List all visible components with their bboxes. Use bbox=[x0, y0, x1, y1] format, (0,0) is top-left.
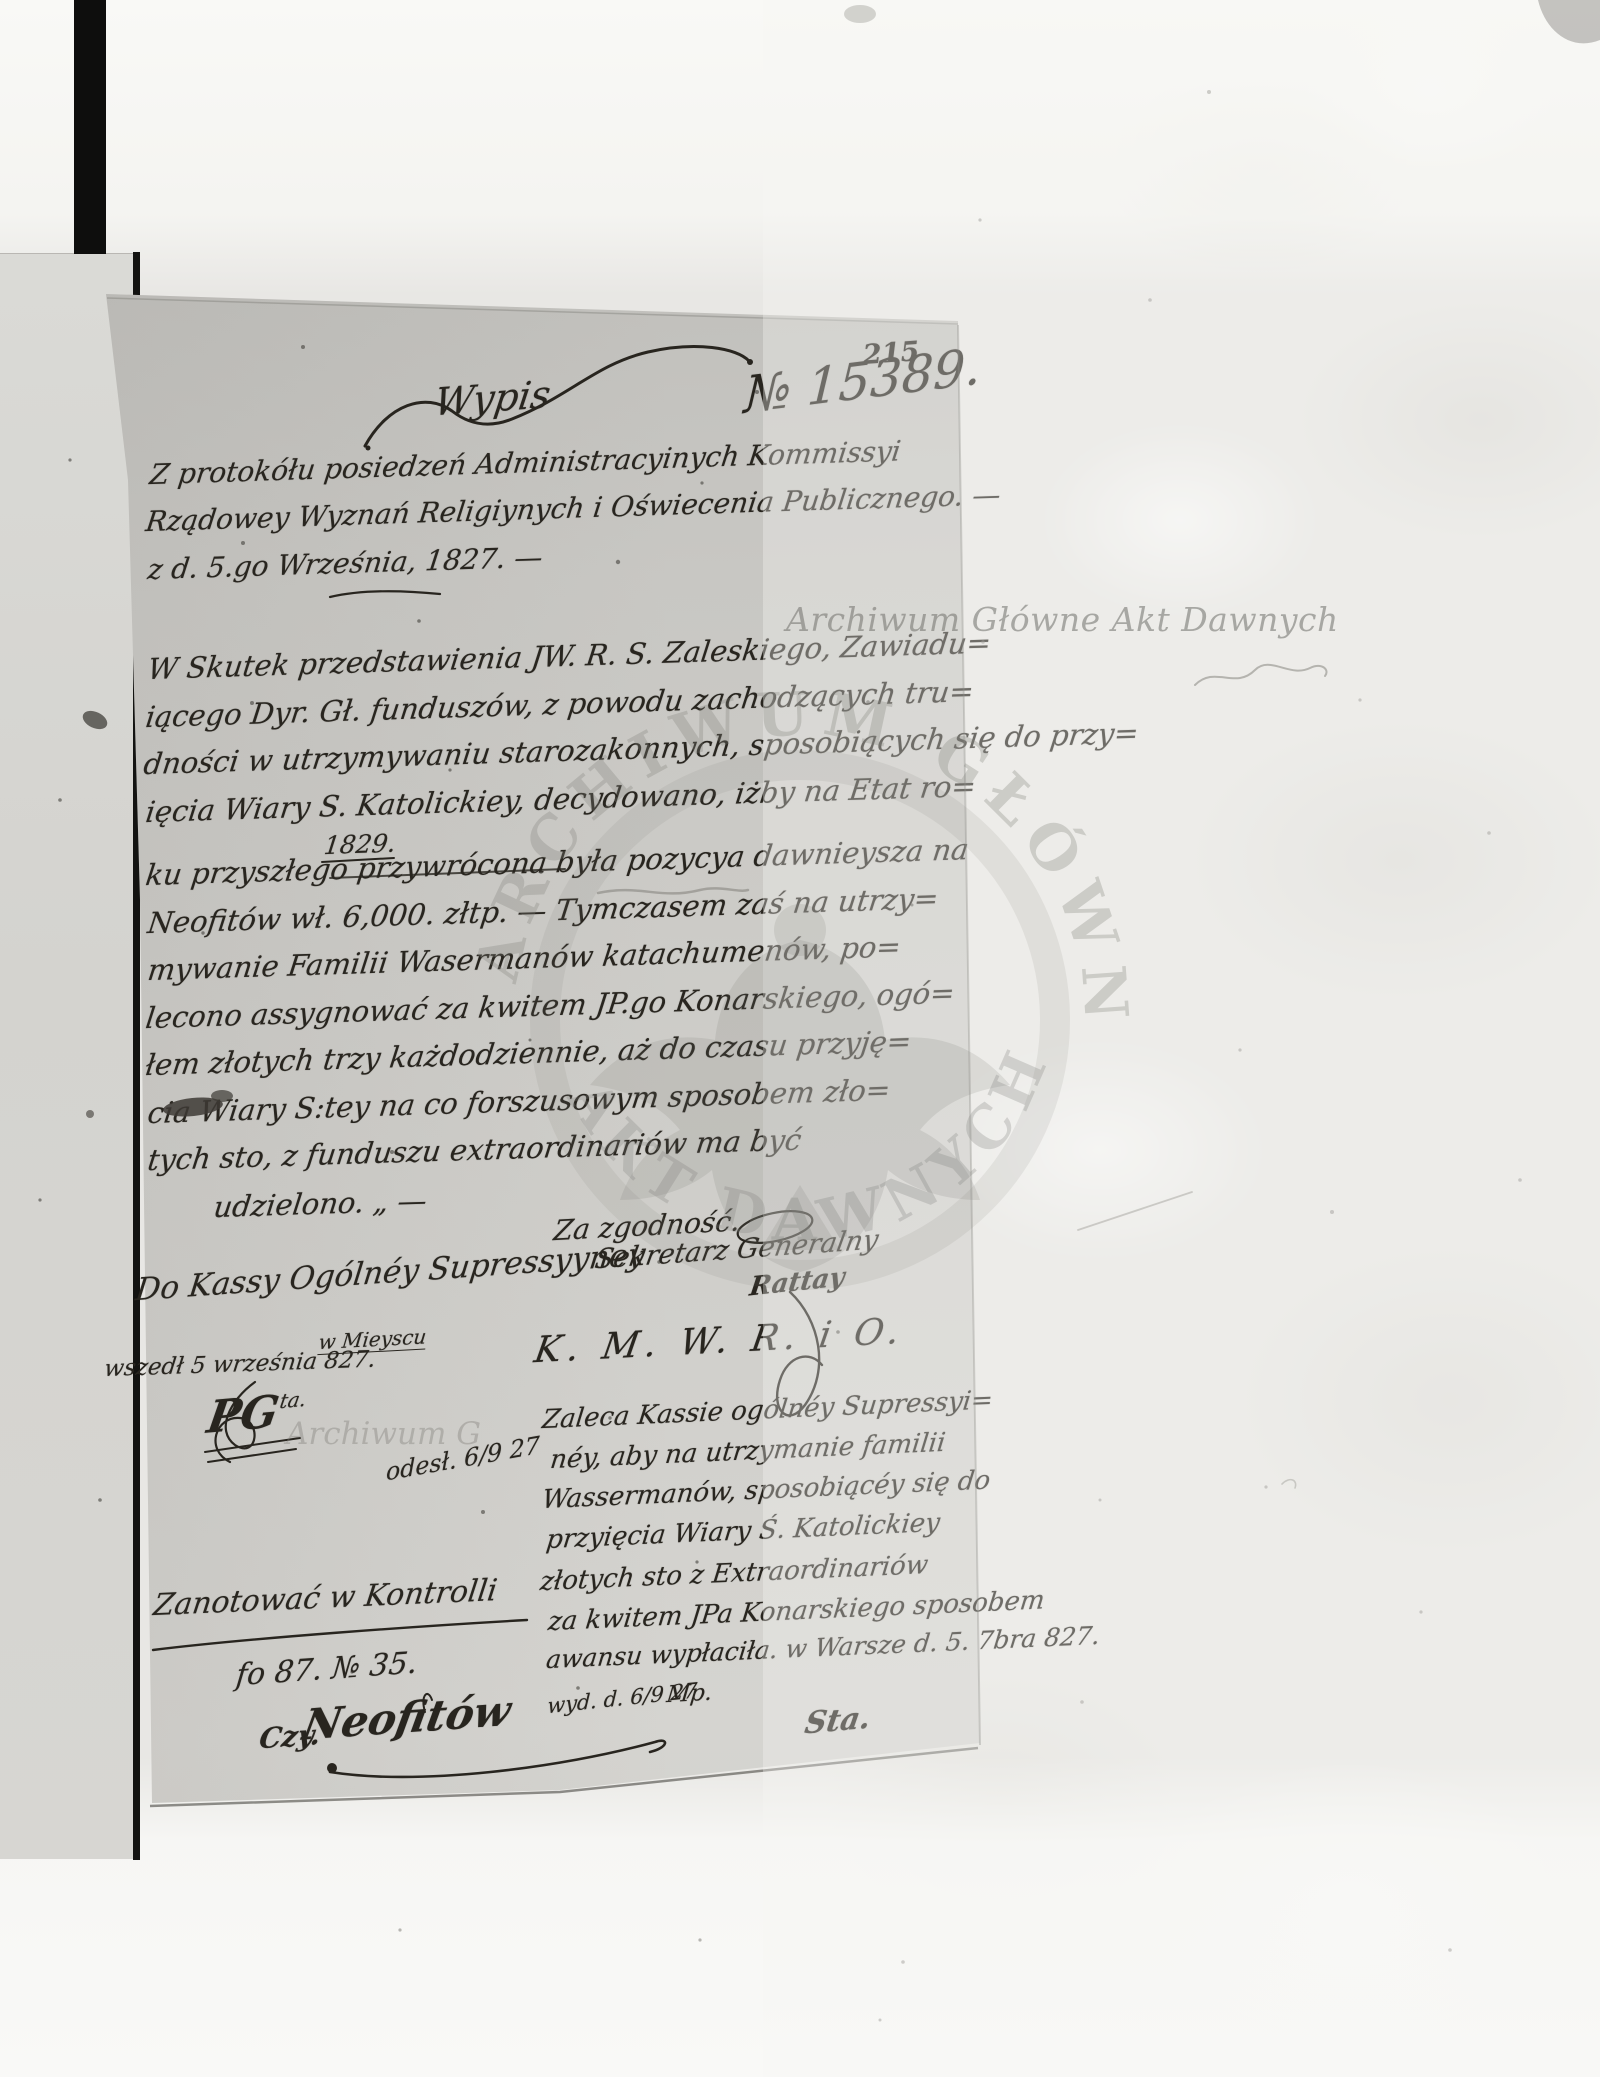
registrar-paraph-suffix: ta. bbox=[278, 1387, 308, 1414]
body-line: udzielono. „ — bbox=[212, 1183, 429, 1224]
film-edge-bar bbox=[74, 0, 106, 254]
microfilm-scan: 215 № 15389. Wypis Z protokółu posiedzeń… bbox=[0, 0, 1600, 2077]
archive-seal-watermark: ARCHIWUM GŁÓWNE AKT DAWNYCH bbox=[420, 600, 1180, 1380]
previous-page-edge bbox=[0, 253, 137, 1859]
archive-watermark-text: Archiwum Główne Akt Dawnych bbox=[786, 600, 1339, 639]
registrar-paraph-initials: PG bbox=[204, 1386, 283, 1444]
document-title: Wypis bbox=[432, 372, 554, 425]
archive-watermark-partial: Archiwum G bbox=[286, 1416, 481, 1452]
